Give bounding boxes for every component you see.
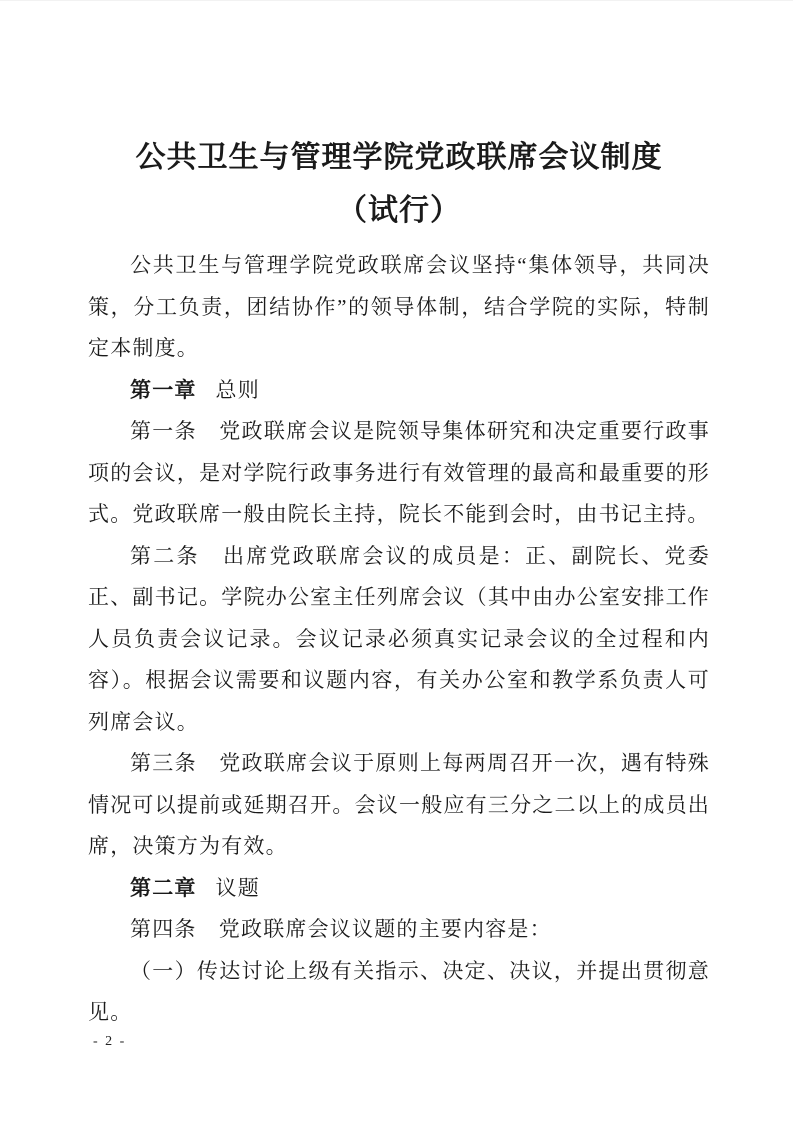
item-1-paragraph: （一）传达讨论上级有关指示、决定、决议，并提出贯彻意见。	[88, 951, 710, 1034]
chapter-2-label: 第二章	[130, 876, 197, 900]
intro-paragraph: 公共卫生与管理学院党政联席会议坚持“集体领导，共同决策，分工负责，团结协作”的领…	[88, 245, 710, 370]
document-title: 公共卫生与管理学院党政联席会议制度	[88, 131, 710, 184]
chapter-1-title: 总则	[216, 378, 260, 402]
article-2-paragraph: 第二条 出席党政联席会议的成员是：正、副院长、党委正、副书记。学院办公室主任列席…	[88, 536, 710, 744]
document-subtitle: （试行）	[88, 184, 710, 237]
chapter-2-title: 议题	[216, 876, 260, 900]
document-body: 公共卫生与管理学院党政联席会议坚持“集体领导，共同决策，分工负责，团结协作”的领…	[88, 245, 710, 1034]
chapter-1-label: 第一章	[130, 378, 197, 402]
article-1-paragraph: 第一条 党政联席会议是院领导集体研究和决定重要行政事项的会议，是对学院行政事务进…	[88, 411, 710, 536]
chapter-1-heading: 第一章总则	[88, 370, 710, 412]
article-3-paragraph: 第三条 党政联席会议于原则上每两周召开一次，遇有特殊情况可以提前或延期召开。会议…	[88, 743, 710, 868]
page-number: - 2 -	[93, 1034, 126, 1050]
document-page: 公共卫生与管理学院党政联席会议制度 （试行） 公共卫生与管理学院党政联席会议坚持…	[0, 0, 793, 1122]
chapter-2-heading: 第二章议题	[88, 868, 710, 910]
article-4-paragraph: 第四条 党政联席会议议题的主要内容是：	[88, 909, 710, 951]
